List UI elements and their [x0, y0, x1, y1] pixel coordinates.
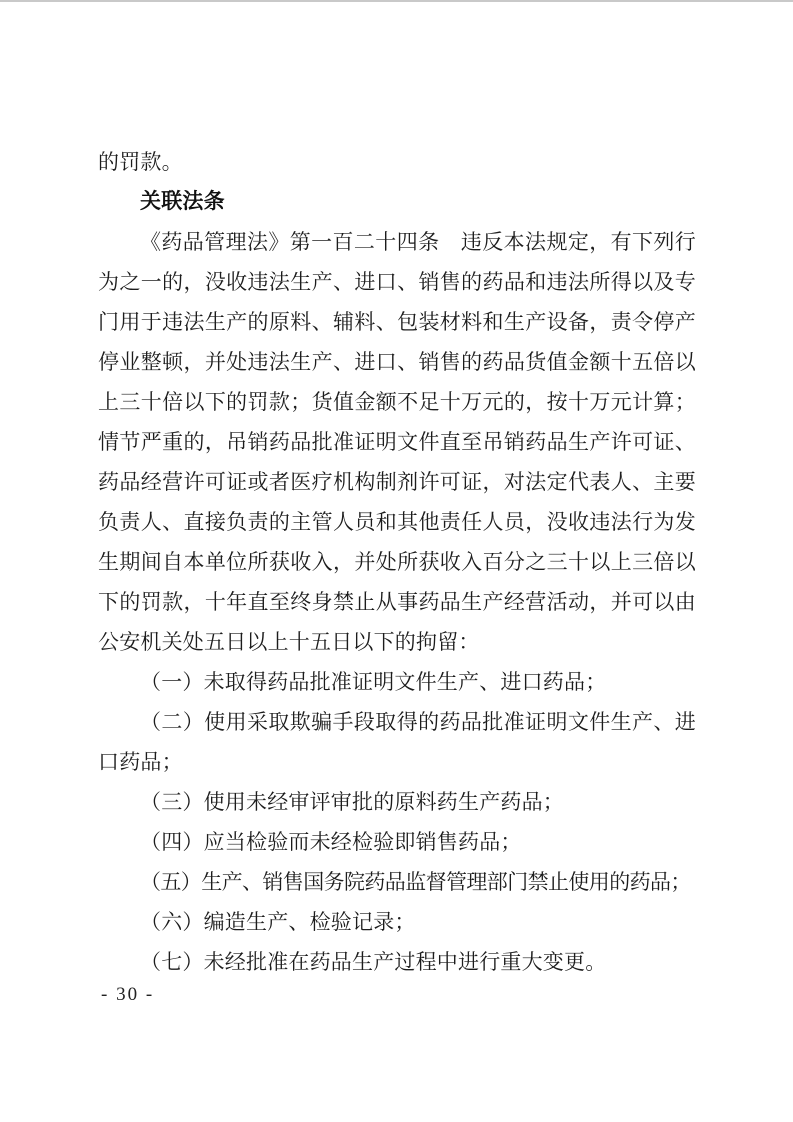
page-body: 的罚款。 关联法条 《药品管理法》第一百二十四条 违反本法规定，有下列行为之一的… — [98, 142, 696, 982]
section-heading: 关联法条 — [98, 182, 696, 222]
page-number: - 30 - — [101, 984, 154, 1006]
list-item-6: （六）编造生产、检验记录； — [98, 902, 696, 942]
list-item-3: （三）使用未经审评审批的原料药生产药品； — [98, 782, 696, 822]
scan-edge-line — [0, 0, 793, 2]
paragraph-continuation: 的罚款。 — [98, 142, 696, 182]
list-item-7: （七）未经批准在药品生产过程中进行重大变更。 — [98, 942, 696, 982]
list-item-5: （五）生产、销售国务院药品监督管理部门禁止使用的药品； — [98, 862, 696, 902]
list-item-1: （一）未取得药品批准证明文件生产、进口药品； — [98, 662, 696, 702]
article-paragraph: 《药品管理法》第一百二十四条 违反本法规定，有下列行为之一的，没收违法生产、进口… — [98, 222, 696, 662]
document-page: 的罚款。 关联法条 《药品管理法》第一百二十四条 违反本法规定，有下列行为之一的… — [0, 0, 793, 1122]
list-item-4: （四）应当检验而未经检验即销售药品； — [98, 822, 696, 862]
list-item-2: （二）使用采取欺骗手段取得的药品批准证明文件生产、进口药品； — [98, 702, 696, 782]
